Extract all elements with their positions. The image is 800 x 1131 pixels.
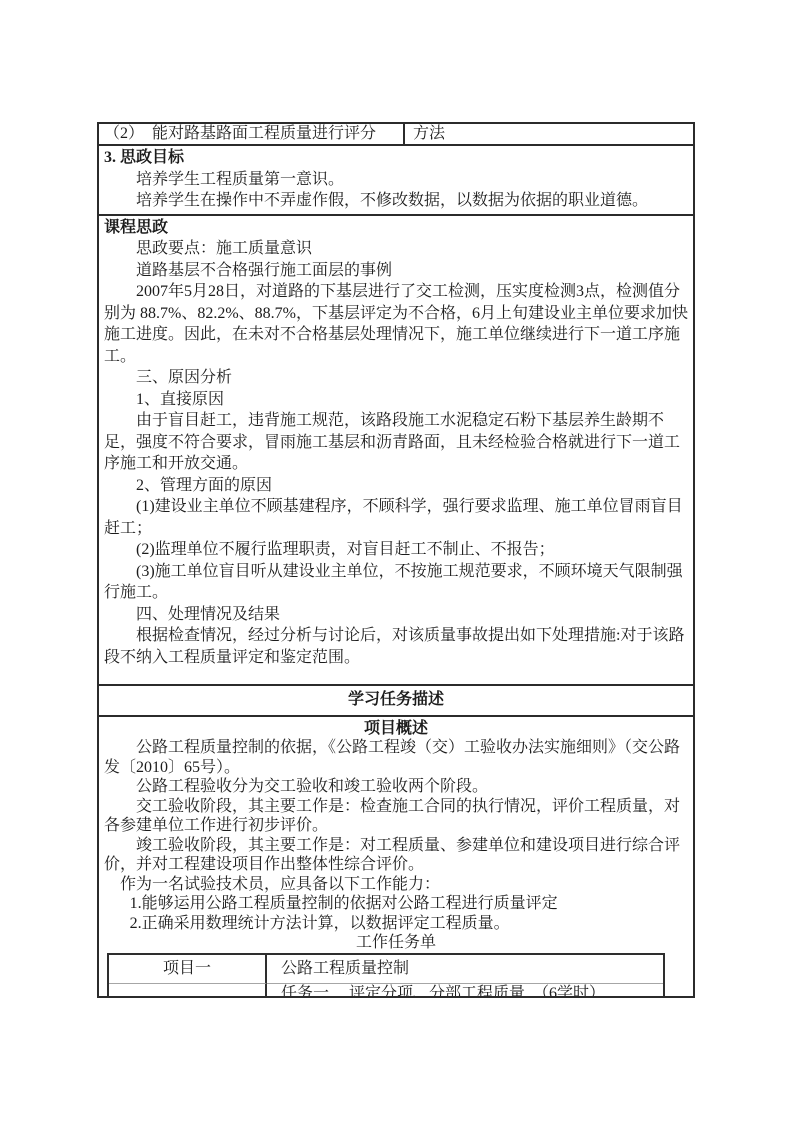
case-paragraph: 2、管理方面的原因 — [104, 475, 688, 497]
empty-cell — [109, 984, 267, 996]
project-overview-heading: 项目概述 — [104, 719, 688, 739]
course-ideology-section: 课程思政 思政要点：施工质量意识 道路基层不合格强行施工面层的事例 2007年5… — [99, 216, 693, 686]
project-label-cell: 项目一 — [109, 955, 267, 984]
overview-paragraph: 竣工验收阶段，其主要工作是：对工程质量、参建单位和建设项目进行综合评价，并对工程… — [104, 836, 688, 875]
ideology-goal-heading: 3. 思政目标 — [104, 147, 688, 169]
overview-paragraph: 1.能够运用公路工程质量控制的依据对公路工程进行质量评定 — [104, 894, 688, 914]
case-paragraph: 四、处理情况及结果 — [104, 604, 688, 626]
project-overview-section: 项目概述 公路工程质量控制的依据，《公路工程竣（交）工验收办法实施细则》（交公路… — [99, 717, 693, 996]
case-paragraph: 三、原因分析 — [104, 367, 688, 389]
course-ideology-heading: 课程思政 — [104, 217, 688, 239]
ability-objective-cell: （2） 能对路基路面工程质量进行评分 — [99, 124, 405, 144]
lesson-plan-table: （2） 能对路基路面工程质量进行评分 方法 3. 思政目标 培养学生工程质量第一… — [97, 122, 695, 998]
case-paragraph: 2007年5月28日，对道路的下基层进行了交工检测，压实度检测3点，检测值分别为… — [104, 281, 688, 367]
overview-paragraph: 公路工程验收分为交工验收和竣工验收两个阶段。 — [104, 777, 688, 797]
goal-line: 培养学生工程质量第一意识。 — [104, 169, 688, 191]
overview-paragraph: 公路工程质量控制的依据，《公路工程竣（交）工验收办法实施细则》（交公路发〔201… — [104, 738, 688, 777]
overview-paragraph: 2.正确采用数理统计方法计算，以数据评定工程质量。 — [104, 914, 688, 934]
goal-line: 培养学生在操作中不弄虚作假，不修改数据，以数据为依据的职业道德。 — [104, 190, 688, 212]
case-paragraph: 由于盲目赶工，违背施工规范，该路段施工水泥稳定石粉下基层养生龄期不足，强度不符合… — [104, 410, 688, 475]
overview-paragraph: 作为一名试验技术员，应具备以下工作能力： — [104, 875, 688, 895]
worksheet-heading: 工作任务单 — [104, 933, 688, 953]
case-paragraph: 思政要点：施工质量意识 — [104, 238, 688, 260]
case-paragraph: 根据检查情况，经过分析与讨论后，对该质量事故提出如下处理措施:对于该路段不纳入工… — [104, 625, 688, 668]
project-name-cell: 公路工程质量控制 — [267, 955, 663, 984]
case-paragraph: 1、直接原因 — [104, 389, 688, 411]
ability-objective-row: （2） 能对路基路面工程质量进行评分 方法 — [99, 124, 693, 146]
case-paragraph: 道路基层不合格强行施工面层的事例 — [104, 260, 688, 282]
evaluation-method-cell: 方法 — [405, 124, 693, 144]
case-paragraph: (2)监理单位不履行监理职责，对盲目赶工不制止、不报告； — [104, 539, 688, 561]
document-page: （2） 能对路基路面工程质量进行评分 方法 3. 思政目标 培养学生工程质量第一… — [0, 0, 800, 1131]
task-name-cell: 任务一 评定分项、分部工程质量 （6学时） — [267, 984, 663, 996]
work-task-table: 项目一 公路工程质量控制 任务一 评定分项、分部工程质量 （6学时） — [107, 953, 665, 996]
worksheet-block: 工作任务单 项目一 公路工程质量控制 任务一 评定分项、分部工程质量 （6学时） — [104, 933, 688, 996]
overview-paragraph: 交工验收阶段，其主要工作是：检查施工合同的执行情况，评价工程质量，对各参建单位工… — [104, 797, 688, 836]
ideology-goal-section: 3. 思政目标 培养学生工程质量第一意识。 培养学生在操作中不弄虚作假，不修改数… — [99, 146, 693, 216]
case-paragraph: (3)施工单位盲目听从建设业主单位，不按施工规范要求，不顾环境天气限制强行施工。 — [104, 561, 688, 604]
case-paragraph: (1)建设业主单位不顾基建程序，不顾科学，强行要求监理、施工单位冒雨盲目赶工； — [104, 496, 688, 539]
learning-task-banner: 学习任务描述 — [99, 686, 693, 717]
